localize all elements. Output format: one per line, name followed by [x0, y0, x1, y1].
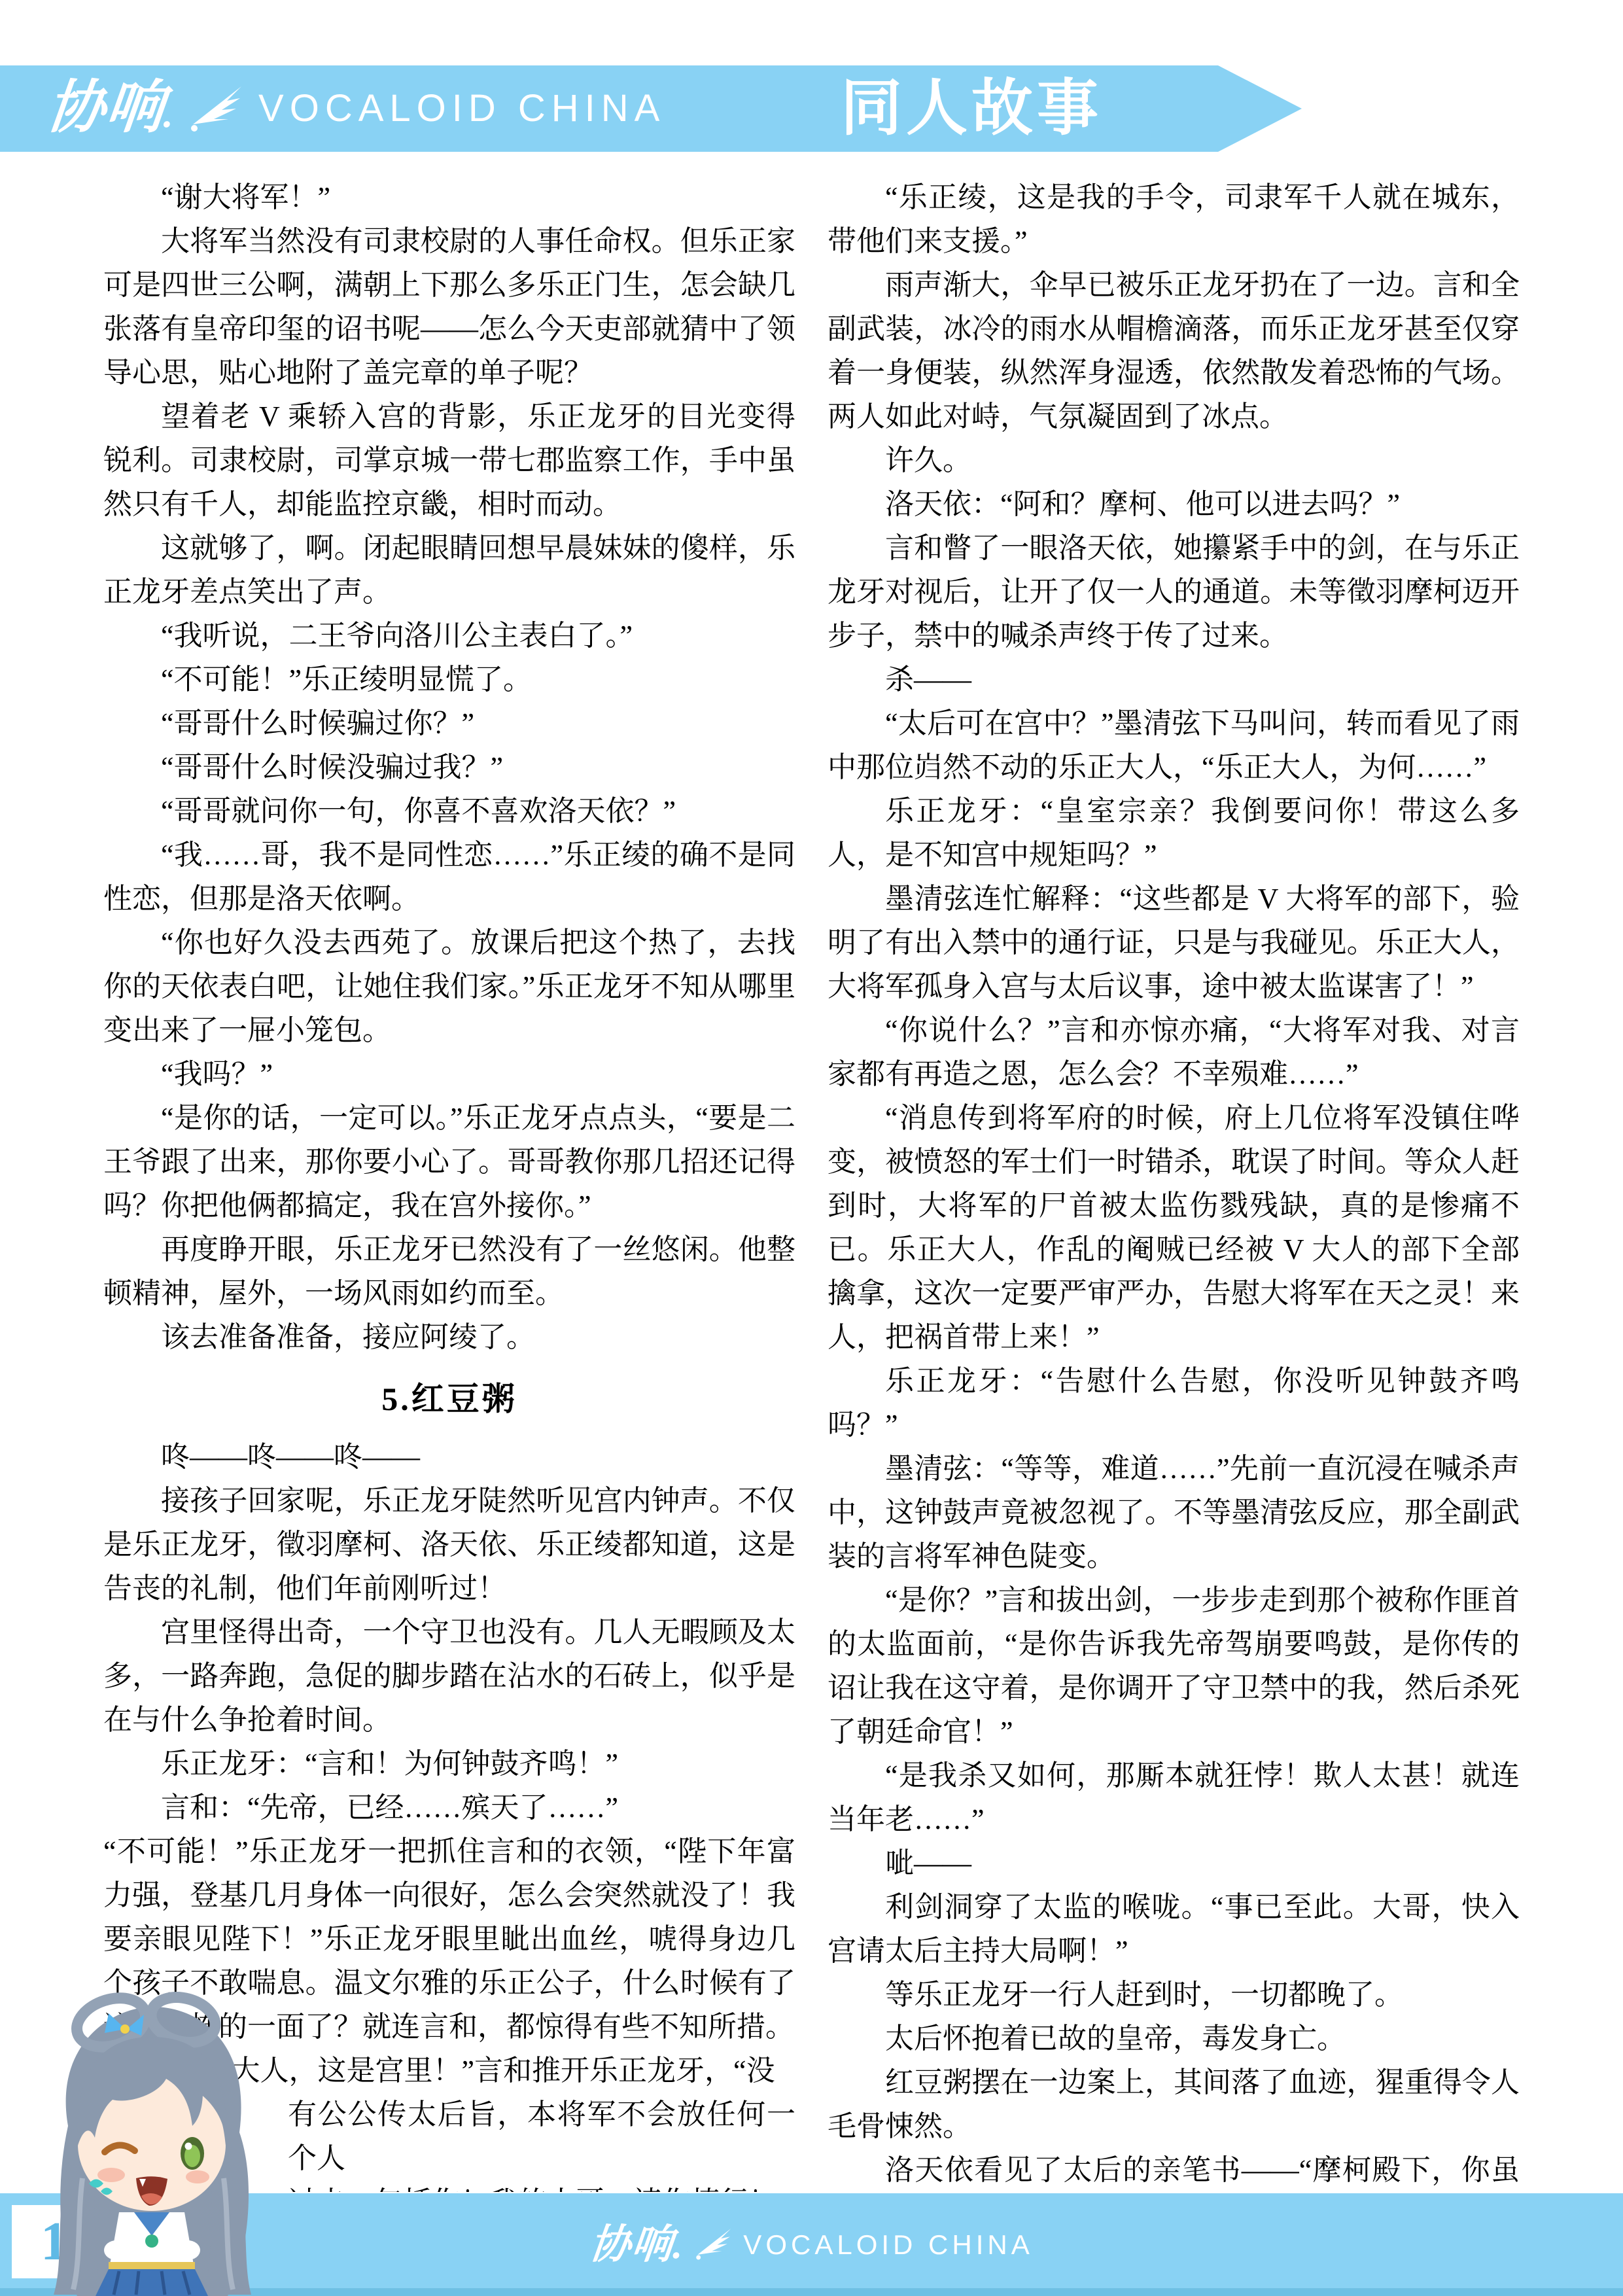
paragraph-line: 过去，包括你！我的大哥，请你慎行！” — [288, 2180, 795, 2192]
paragraph: 许久。 — [828, 438, 1520, 482]
paragraph: “乐正绫，这是我的手令，司隶军千人就在城东，带他们来支援。” — [828, 175, 1520, 263]
paragraph: 咚——咚——咚—— — [103, 1435, 795, 1479]
paragraph: “我吗？” — [103, 1052, 795, 1096]
paragraph: 乐正龙牙：“告慰什么告慰，你没听见钟鼓齐鸣吗？” — [828, 1359, 1520, 1447]
luo-tianyi-chibi-illustration — [27, 1982, 276, 2296]
paragraph: “是你的话，一定可以。”乐正龙牙点点头，“要是二王爷跟了出来，那你要小心了。哥哥… — [103, 1096, 795, 1227]
paragraph: 大将军当然没有司隶校尉的人事任命权。但乐正家可是四世三公啊，满朝上下那么多乐正门… — [103, 219, 795, 395]
paragraph: 这就够了，啊。闭起眼睛回想早晨妹妹的傻样，乐正龙牙差点笑出了声。 — [103, 526, 795, 614]
paragraph: 雨声渐大，伞早已被乐正龙牙扔在了一边。言和全副武装，冰冷的雨水从帽檐滴落，而乐正… — [828, 263, 1520, 438]
wing-icon — [693, 2225, 734, 2265]
brand-text: VOCALOID CHINA — [258, 65, 665, 152]
paragraph: “哥哥就问你一句，你喜不喜欢洛天依？” — [103, 789, 795, 833]
paragraph: 言和瞥了一眼洛天依，她攥紧手中的剑，在与乐正龙牙对视后，让开了仅一人的通道。未等… — [828, 526, 1520, 658]
paragraph: 乐正龙牙：“言和！为何钟鼓齐鸣！” — [103, 1742, 795, 1786]
paragraph: 红豆粥摆在一边案上，其间落了血迹，猩重得令人毛骨悚然。 — [828, 2060, 1520, 2148]
paragraph: 望着老 V 乘轿入宫的背影，乐正龙牙的目光变得锐利。司隶校尉，司掌京城一带七郡监… — [103, 395, 795, 526]
paragraph: 该去准备准备，接应阿绫了。 — [103, 1315, 795, 1359]
paragraph: “消息传到将军府的时候，府上几位将军没镇住哗变，被愤怒的军士们一时错杀，耽误了时… — [828, 1096, 1520, 1359]
section-tag: 同人故事 — [788, 65, 1155, 152]
paragraph: “你也好久没去西苑了。放课后把这个热了，去找你的天依表白吧，让她住我们家。”乐正… — [103, 921, 795, 1052]
xiexiang-logo-text: 协响. — [587, 2225, 687, 2265]
footer-logo: 协响. VOCALOID CHINA — [589, 2193, 1033, 2296]
paragraph: “你说什么？”言和亦惊亦痛，“大将军对我、对言家都有再造之恩，怎么会？不幸殒难…… — [828, 1008, 1520, 1096]
paragraph: “太后可在宫中？”墨清弦下马叫问，转而看见了雨中那位岿然不动的乐正大人，“乐正大… — [828, 701, 1520, 789]
paragraph: 呲—— — [828, 1841, 1520, 1885]
paragraph: “是我杀又如何，那厮本就狂悖！欺人太甚！就连当年老……” — [828, 1754, 1520, 1841]
paragraph: 杀—— — [828, 658, 1520, 701]
paragraph: 洛天依：“阿和？摩柯、他可以进去吗？” — [828, 482, 1520, 526]
paragraph: “谢大将军！” — [103, 175, 795, 219]
paragraph: “不可能！”乐正绫明显慌了。 — [103, 658, 795, 701]
header-banner-arrow — [1218, 65, 1302, 152]
section-heading: 5.红豆粥 — [103, 1379, 795, 1419]
paragraph-line: 有公公传太后旨，本将军不会放任何一个人 — [288, 2093, 795, 2180]
magazine-page: 协响. VOCALOID CHINA 同人故事 “谢大将军！”大将军当然没有司隶… — [0, 0, 1623, 2296]
header-logo: 协响. VOCALOID CHINA — [47, 65, 665, 152]
paragraph: 宫里怪得出奇，一个守卫也没有。几人无暇顾及太多，一路奔跑，急促的脚步踏在沾水的石… — [103, 1610, 795, 1742]
paragraph: 墨清弦：“等等，难道……”先前一直沉浸在喊杀声中，这钟鼓声竟被忽视了。不等墨清弦… — [828, 1447, 1520, 1578]
paragraph: 墨清弦连忙解释：“这些都是 V 大将军的部下，验明了有出入禁中的通行证，只是与我… — [828, 877, 1520, 1008]
paragraph: 洛天依看见了太后的亲笔书——“摩柯殿下，你虽非我亲生，可今后就靠你了。兄长欺骗了… — [828, 2148, 1520, 2192]
text-column-left: “谢大将军！”大将军当然没有司隶校尉的人事任命权。但乐正家可是四世三公啊，满朝上… — [103, 175, 795, 2192]
paragraph: 等乐正龙牙一行人赶到时，一切都晚了。 — [828, 1973, 1520, 2017]
wing-icon — [188, 81, 247, 137]
text-column-right: “乐正绫，这是我的手令，司隶军千人就在城东，带他们来支援。”雨声渐大，伞早已被乐… — [828, 175, 1520, 2192]
paragraph: 太后怀抱着已故的皇帝，毒发身亡。 — [828, 2017, 1520, 2060]
paragraph: “哥哥什么时候没骗过我？” — [103, 745, 795, 789]
paragraph: 再度睁开眼，乐正龙牙已然没有了一丝悠闲。他整顿精神，屋外，一场风雨如约而至。 — [103, 1227, 795, 1315]
paragraph: “哥哥什么时候骗过你？” — [103, 701, 795, 745]
paragraph: 乐正龙牙：“皇室宗亲？我倒要问你！带这么多人，是不知宫中规矩吗？” — [828, 789, 1520, 877]
paragraph: 利剑洞穿了太监的喉咙。“事已至此。大哥，快入宫请太后主持大局啊！” — [828, 1885, 1520, 1973]
paragraph: 言和：“先帝，已经……殡天了……” — [103, 1786, 795, 1829]
paragraph: “我……哥，我不是同性恋……”乐正绫的确不是同性恋，但那是洛天依啊。 — [103, 833, 795, 921]
paragraph: “我听说，二王爷向洛川公主表白了。” — [103, 614, 795, 658]
xiexiang-logo-text: 协响. — [44, 80, 179, 137]
paragraph: “是你？”言和拔出剑，一步步走到那个被称作匪首的太监面前，“是你告诉我先帝驾崩要… — [828, 1578, 1520, 1754]
brand-text: VOCALOID CHINA — [743, 2193, 1033, 2296]
paragraph: 接孩子回家呢，乐正龙牙陡然听见宫内钟声。不仅是乐正龙牙，徵羽摩柯、洛天依、乐正绫… — [103, 1479, 795, 1610]
